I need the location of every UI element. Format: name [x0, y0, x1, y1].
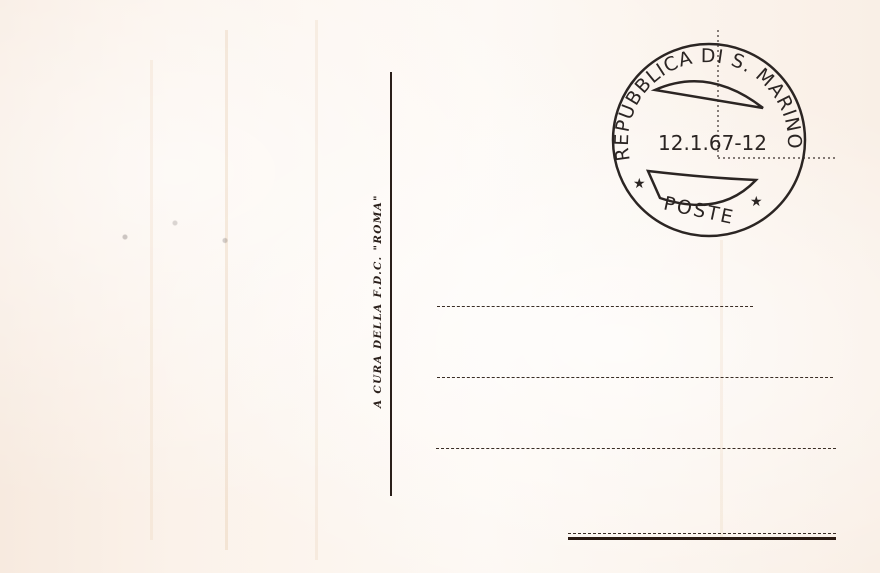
star-icon: ★ — [750, 194, 763, 210]
postmark-bottom-text: POSTE — [662, 193, 737, 230]
postcard-back: A CURA DELLA F.D.C. "ROMA" REPUBBLICA DI… — [0, 0, 880, 573]
postmark-date: 12.1.67-12 — [658, 131, 767, 155]
paper-stain — [315, 20, 318, 560]
center-divider-line — [390, 72, 392, 496]
paper-stain — [225, 30, 228, 550]
paper-stain — [150, 60, 153, 540]
publisher-credit: A CURA DELLA F.D.C. "ROMA" — [372, 194, 384, 408]
faded-pencil-marks — [85, 195, 285, 265]
address-line-4-dashed — [568, 533, 836, 534]
address-line-4-solid — [568, 537, 836, 540]
star-icon: ★ — [633, 176, 646, 192]
address-line-2 — [437, 377, 833, 378]
paper-stain — [720, 240, 723, 540]
postmark-stamp: REPUBBLICA DI S. MARINO 12.1.67-12 ★ ★ P… — [600, 30, 850, 240]
address-line-3 — [436, 448, 836, 449]
address-line-1 — [437, 306, 753, 307]
